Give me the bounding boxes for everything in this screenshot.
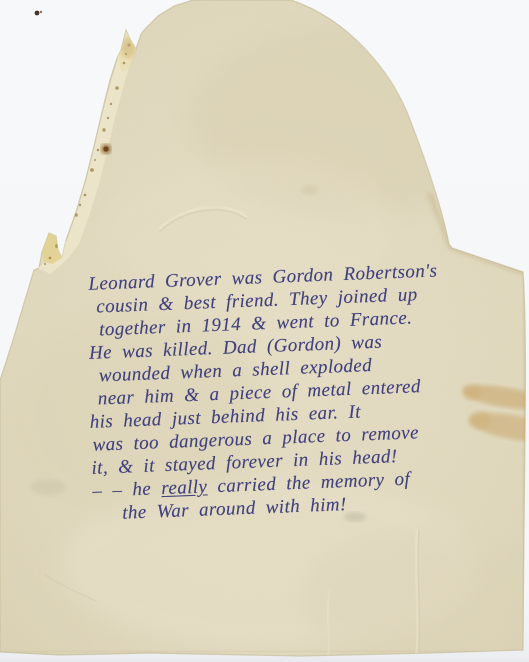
paper-grain-texture <box>0 0 529 662</box>
dust-speck <box>35 11 43 16</box>
scanned-note-photo: Leonard Grover was Gordon Robertson'scou… <box>0 0 529 662</box>
torn-paper-graphic <box>0 0 529 662</box>
